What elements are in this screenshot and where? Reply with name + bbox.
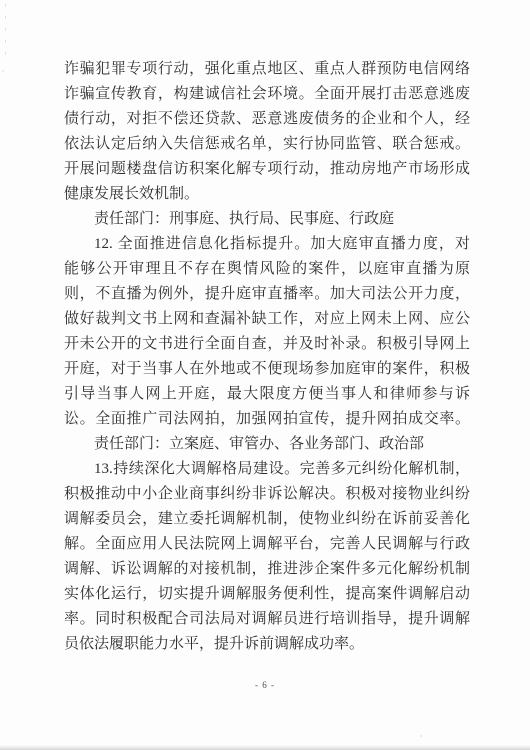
body-text-block: 诈骗犯罪专项行动，强化重点地区、重点人群预防电信网络 诈骗宣传教育，构建诚信社会… [64,57,470,657]
text-line: 解。全面应用人民法院网上调解平台，完善人民调解与行政 [64,532,470,557]
scan-artifact-left-edge [5,4,6,56]
text-line: 调解、诉讼调解的对接机制，推进涉企案件多元化解纷机制 [64,557,470,582]
scan-speck [420,735,422,737]
text-line: 诈骗犯罪专项行动，强化重点地区、重点人群预防电信网络 [64,57,470,82]
text-line: 讼。全面推广司法网拍，加强网拍宣传，提升网拍成交率。 [64,407,470,432]
text-line: 实体化运行，切实提升调解服务便利性，提高案件调解启动 [64,582,470,607]
text-line: 能够公开审理且不存在舆情风险的案件，以庭审直播为原 [64,257,470,282]
item-12-heading-line: 12. 全面推进信息化指标提升。加大庭审直播力度，对 [64,232,470,257]
text-line: 率。同时积极配合司法局对调解员进行培训指导，提升调解 [64,607,470,632]
text-line: 依法认定后纳入失信惩戒名单，实行协同监管、联合惩戒。 [64,132,470,157]
text-line: 诈骗宣传教育，构建诚信社会环境。全面开展打击恶意逃废 [64,82,470,107]
responsible-departments-line: 责任部门：刑事庭、执行局、民事庭、行政庭 [64,207,470,232]
text-line: 健康发展长效机制。 [64,182,470,207]
document-page: 诈骗犯罪专项行动，强化重点地区、重点人群预防电信网络 诈骗宣传教育，构建诚信社会… [0,0,530,750]
text-line: 则，不直播为例外，提升庭审直播率。加大司法公开力度， [64,282,470,307]
page-number: - 6 - [0,680,530,690]
text-line: 积极推动中小企业商事纠纷非诉讼解决。积极对接物业纠纷 [64,482,470,507]
responsible-departments-line: 责任部门：立案庭、审管办、各业务部门、政治部 [64,432,470,457]
scan-speck [2,70,4,72]
text-line: 调解委员会，建立委托调解机制，使物业纠纷在诉前妥善化 [64,507,470,532]
text-line: 做好裁判文书上网和查漏补缺工作，对应上网未上网、应公 [64,307,470,332]
text-line: 债行动，对拒不偿还贷款、恶意逃废债务的企业和个人，经 [64,107,470,132]
text-line: 引导当事人网上开庭，最大限度方便当事人和律师参与诉 [64,382,470,407]
text-line: 开庭，对于当事人在外地或不便现场参加庭审的案件，积极 [64,357,470,382]
text-line: 开展问题楼盘信访积案化解专项行动，推动房地产市场形成 [64,157,470,182]
scan-artifact-bottom-edge [0,745,530,750]
item-13-heading-line: 13.持续深化大调解格局建设。完善多元纠纷化解机制， [64,457,470,482]
text-line: 开未公开的文书进行全面自查，并及时补录。积极引导网上 [64,332,470,357]
text-line: 员依法履职能力水平，提升诉前调解成功率。 [64,632,470,657]
